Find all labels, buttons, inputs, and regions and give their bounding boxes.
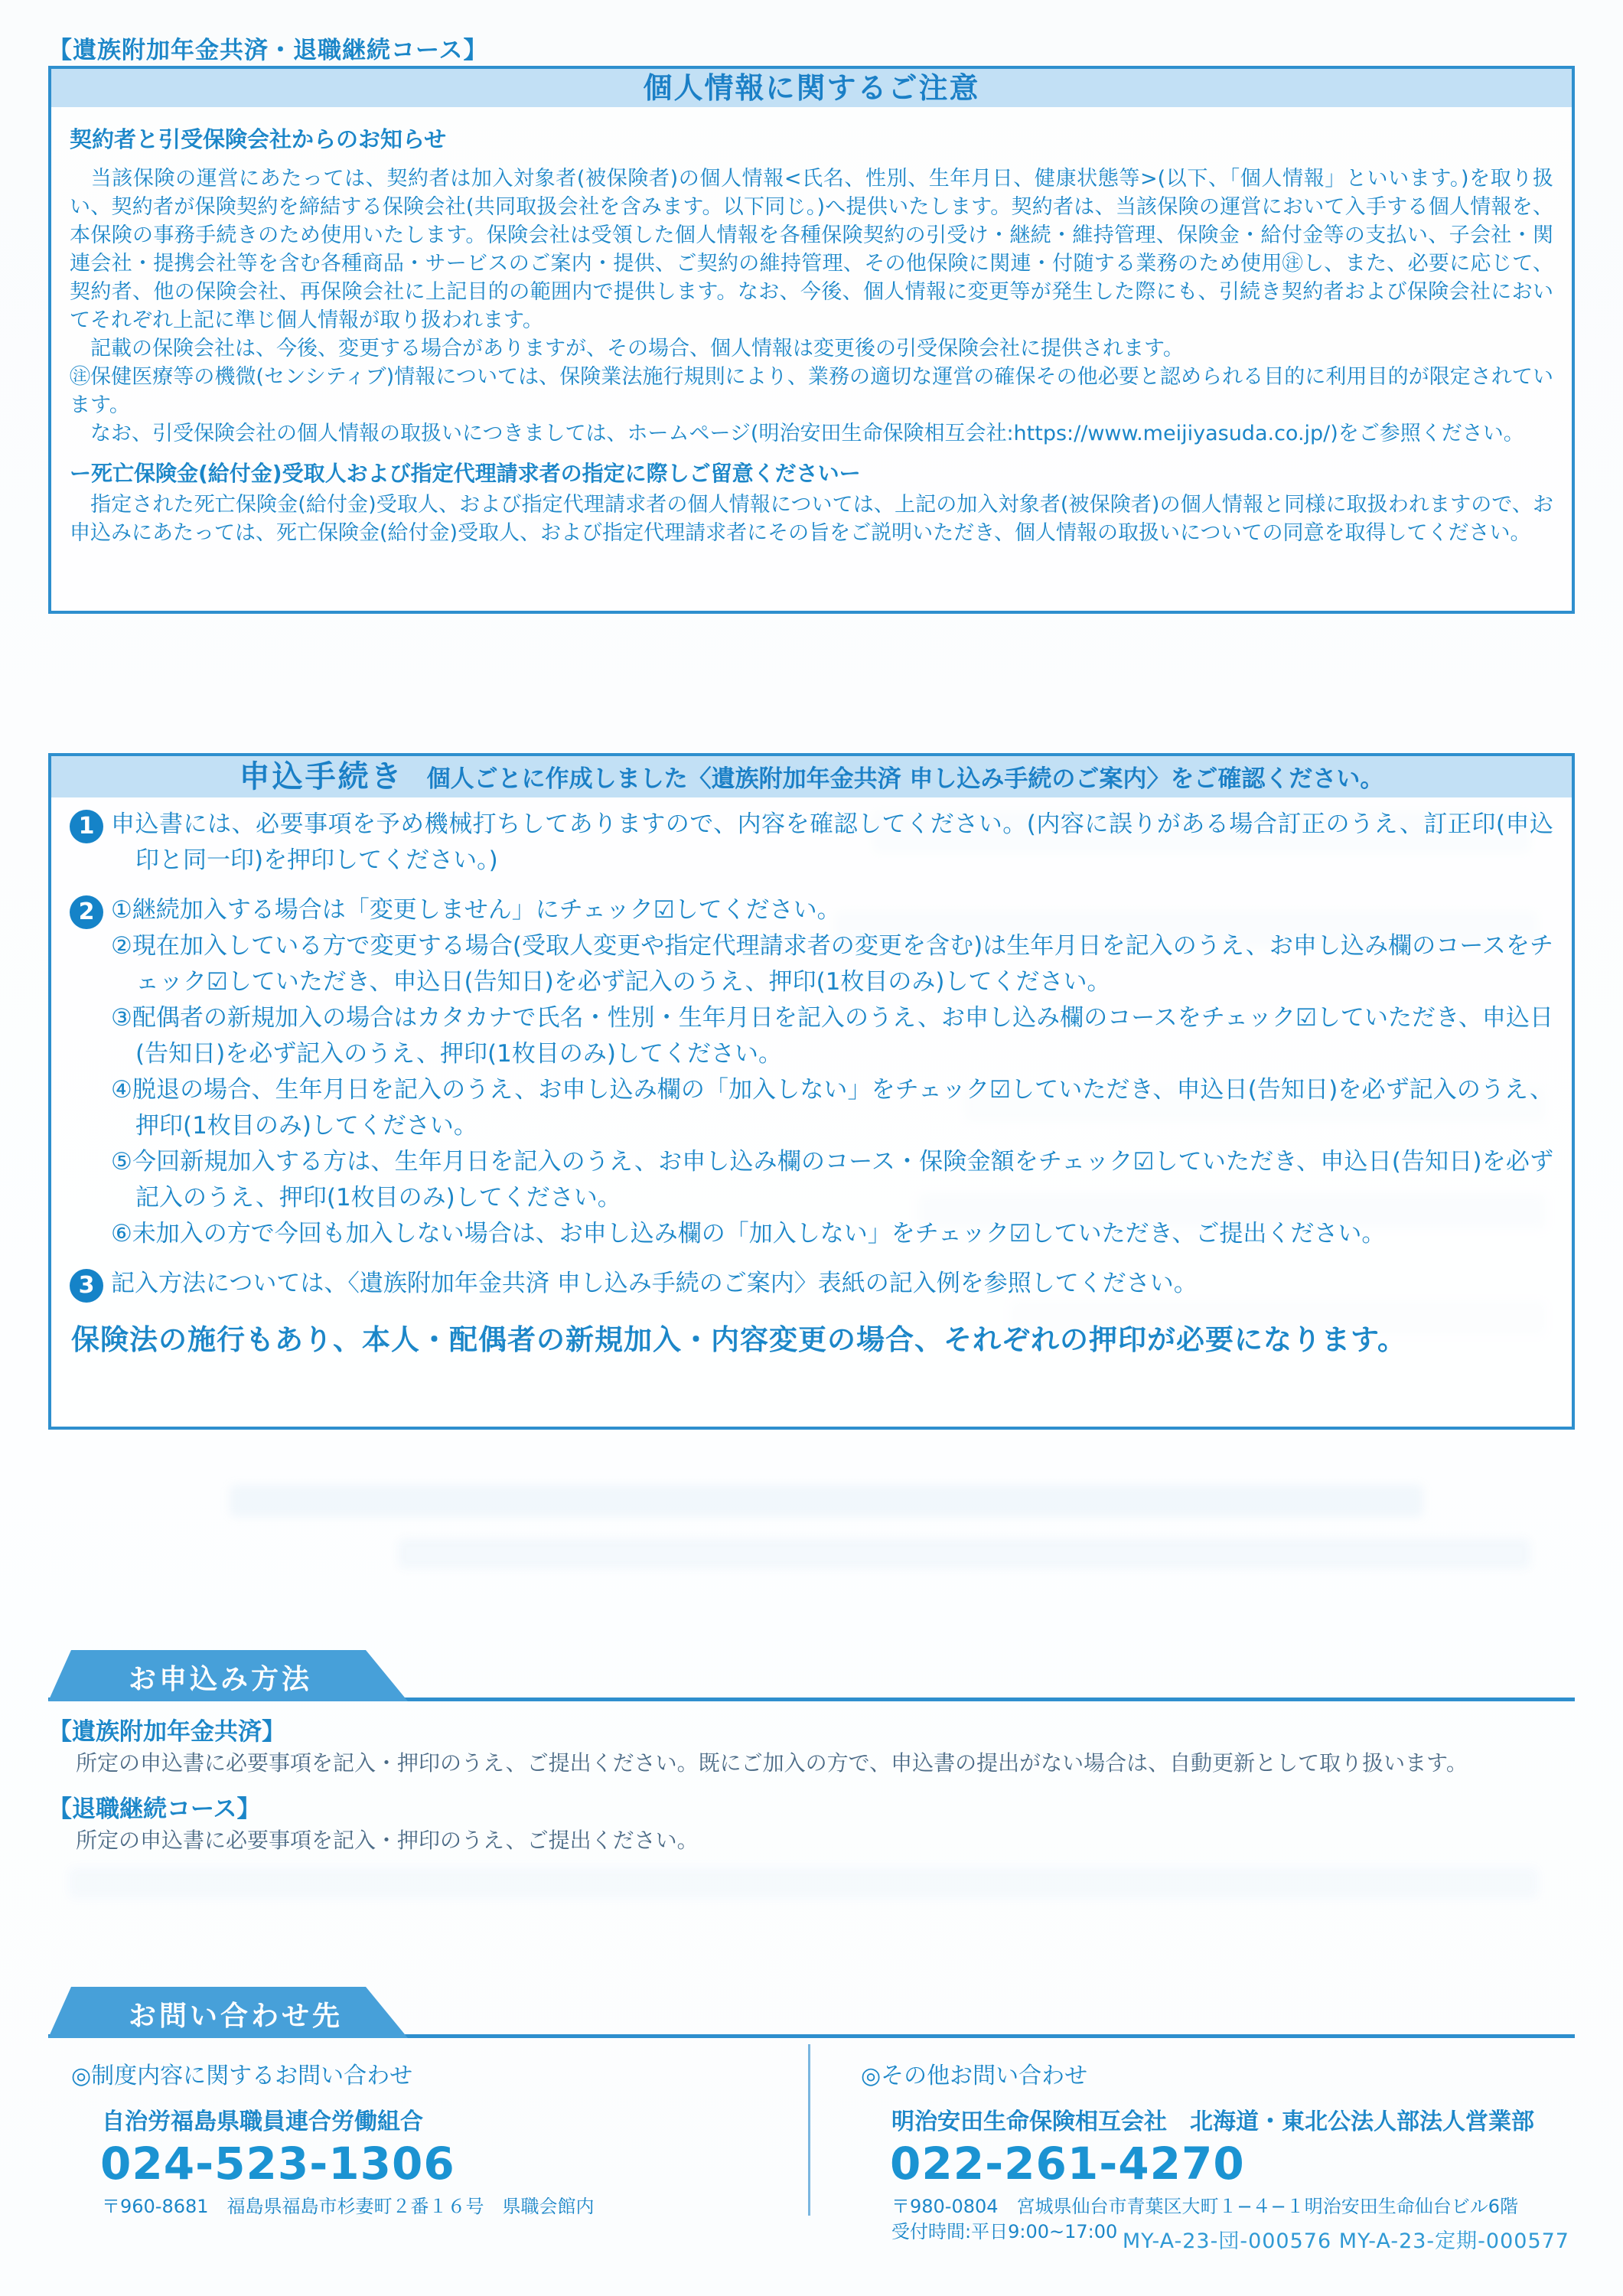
- contact-right-block: ◎その他お問い合わせ 明治安田生命保険相互会社 北海道・東北公法人部法人営業部 …: [833, 2043, 1568, 2245]
- phone-number: 024-523-1306: [100, 2138, 783, 2190]
- apply-method-section: お申込み方法 【遺族附加年金共済】 所定の申込書に必要事項を記入・押印のうえ、ご…: [48, 1650, 1575, 1864]
- step-1-number-badge: 1: [70, 810, 103, 843]
- contact-section: お問い合わせ先 ◎制度内容に関するお問い合わせ 自治労福島県職員連合労働組合 0…: [48, 1987, 1575, 2220]
- contact-category-label: ◎その他お問い合わせ: [861, 2056, 1568, 2090]
- procedure-title: 申込手続き: [240, 759, 404, 794]
- privacy-notice-box: 個人情報に関するご注意 契約者と引受保険会社からのお知らせ 当該保険の運営にあた…: [48, 66, 1575, 614]
- organization-name: 自治労福島県職員連合労働組合: [102, 2102, 783, 2136]
- privacy-notice-title: 個人情報に関するご注意: [51, 69, 1572, 107]
- privacy-paragraph: 記載の保険会社は、今後、変更する場合がありますが、その場合、個人情報は変更後の引…: [70, 334, 1553, 363]
- apply-method-banner-label: お申込み方法: [129, 1658, 312, 1697]
- sub-step-4: ④脱退の場合、生年月日を記入のうえ、お申し込み欄の「加入しない」をチェック☑して…: [111, 1072, 1553, 1144]
- contact-category-label: ◎制度内容に関するお問い合わせ: [71, 2056, 783, 2090]
- step-2-number-badge: 2: [70, 895, 103, 929]
- privacy-paragraph: なお、引受保険会社の個人情報の取扱いにつきましては、ホームページ(明治安田生命保…: [70, 419, 1553, 448]
- privacy-paragraph: ㊟保健医療等の機微(センシティブ)情報については、保険業法施行規則により、業務の…: [70, 363, 1553, 419]
- contact-banner: お問い合わせ先: [48, 1987, 1575, 2038]
- contact-banner-label: お問い合わせ先: [129, 1994, 343, 2033]
- apply-group-heading: 【退職継続コース】: [48, 1789, 1575, 1824]
- sub-step-3: ③配偶者の新規加入の場合はカタカナで氏名・性別・生年月日を記入のうえ、お申し込み…: [111, 1000, 1553, 1072]
- sub-step-2: ②現在加入している方で変更する場合(受取人変更や指定代理請求者の変更を含む)は生…: [111, 928, 1553, 1000]
- step-3-text: 記入方法については、〈遺族附加年金共済 申し込み手続のご案内〉表紙の記入例を参照…: [111, 1266, 1553, 1302]
- apply-method-groups: 【遺族附加年金共済】 所定の申込書に必要事項を記入・押印のうえ、ご提出ください。…: [48, 1712, 1575, 1856]
- bleed-through-artifact: [398, 1538, 1530, 1569]
- procedure-title-band: 申込手続き個人ごとに作成しました〈遺族附加年金共済 申し込み手続のご案内〉をご確…: [51, 756, 1572, 797]
- contact-left-block: ◎制度内容に関するお問い合わせ 自治労福島県職員連合労働組合 024-523-1…: [48, 2043, 783, 2219]
- privacy-paragraph: 当該保険の運営にあたっては、契約者は加入対象者(被保険者)の個人情報<氏名、性別…: [70, 165, 1553, 334]
- step-1-text: 申込書には、必要事項を予め機械打ちしてありますので、内容を確認してください。(内…: [111, 807, 1553, 879]
- postal-address: 〒980-0804 宮城県仙台市青葉区大町１−４−１明治安田生命仙台ビル6階: [891, 2194, 1568, 2219]
- contact-columns: ◎制度内容に関するお問い合わせ 自治労福島県職員連合労働組合 024-523-1…: [48, 2043, 1575, 2220]
- apply-group-body: 所定の申込書に必要事項を記入・押印のうえ、ご提出ください。既にご加入の方で、申込…: [76, 1748, 1575, 1779]
- sub-step-5: ⑤今回新規加入する方は、生年月日を記入のうえ、お申し込み欄のコース・保険金額をチ…: [111, 1144, 1553, 1216]
- procedure-step-2: 2 ①継続加入する場合は「変更しません」にチェック☑してください。 ②現在加入し…: [70, 892, 1553, 1252]
- apply-method-banner: お申込み方法: [48, 1650, 1575, 1701]
- apply-group-heading: 【遺族附加年金共済】: [48, 1712, 1575, 1746]
- beneficiary-note-body: 指定された死亡保険金(給付金)受取人、および指定代理請求者の個人情報については、…: [70, 491, 1553, 547]
- step-3-number-badge: 3: [70, 1269, 103, 1303]
- phone-number: 022-261-4270: [890, 2138, 1568, 2190]
- procedure-subtitle: 個人ごとに作成しました〈遺族附加年金共済 申し込み手続のご案内〉をご確認ください…: [427, 765, 1384, 793]
- privacy-notice-body: 契約者と引受保険会社からのお知らせ 当該保険の運営にあたっては、契約者は加入対象…: [51, 107, 1572, 547]
- column-divider: [808, 2044, 810, 2216]
- postal-address: 〒960-8681 福島県福島市杉妻町２番１６号 県職会館内: [102, 2194, 783, 2219]
- step-2-text: ①継続加入する場合は「変更しません」にチェック☑してください。 ②現在加入してい…: [111, 892, 1553, 1252]
- procedure-step-1: 1 申込書には、必要事項を予め機械打ちしてありますので、内容を確認してください。…: [70, 807, 1553, 879]
- seal-required-emphasis: 保険法の施行もあり、本人・配偶者の新規加入・内容変更の場合、それぞれの押印が必要…: [71, 1316, 1553, 1358]
- course-label: 【遺族附加年金共済・退職継続コース】: [48, 31, 487, 65]
- sub-step-6: ⑥未加入の方で今回も加入しない場合は、お申し込み欄の「加入しない」をチェック☑し…: [111, 1216, 1553, 1252]
- bleed-through-artifact: [230, 1485, 1423, 1517]
- sub-step-1: ①継続加入する場合は「変更しません」にチェック☑してください。: [111, 892, 1553, 928]
- bleed-through-artifact: [69, 1867, 1538, 1898]
- organization-name: 明治安田生命保険相互会社 北海道・東北公法人部法人営業部: [891, 2102, 1568, 2136]
- notice-subtitle: 契約者と引受保険会社からのお知らせ: [70, 122, 1553, 154]
- document-code: MY-A-23-団-000576 MY-A-23-定期-000577: [1123, 2224, 1569, 2254]
- application-procedure-box: 申込手続き個人ごとに作成しました〈遺族附加年金共済 申し込み手続のご案内〉をご確…: [48, 753, 1575, 1430]
- procedure-body: 1 申込書には、必要事項を予め機械打ちしてありますので、内容を確認してください。…: [51, 797, 1572, 1358]
- apply-group-body: 所定の申込書に必要事項を記入・押印のうえ、ご提出ください。: [76, 1825, 1575, 1856]
- beneficiary-note-heading: ー死亡保険金(給付金)受取人および指定代理請求者の指定に際しご留意くださいー: [70, 457, 1553, 488]
- scanned-document-page: 【遺族附加年金共済・退職継続コース】 個人情報に関するご注意 契約者と引受保険会…: [0, 0, 1623, 2296]
- procedure-step-3: 3 記入方法については、〈遺族附加年金共済 申し込み手続のご案内〉表紙の記入例を…: [70, 1266, 1553, 1303]
